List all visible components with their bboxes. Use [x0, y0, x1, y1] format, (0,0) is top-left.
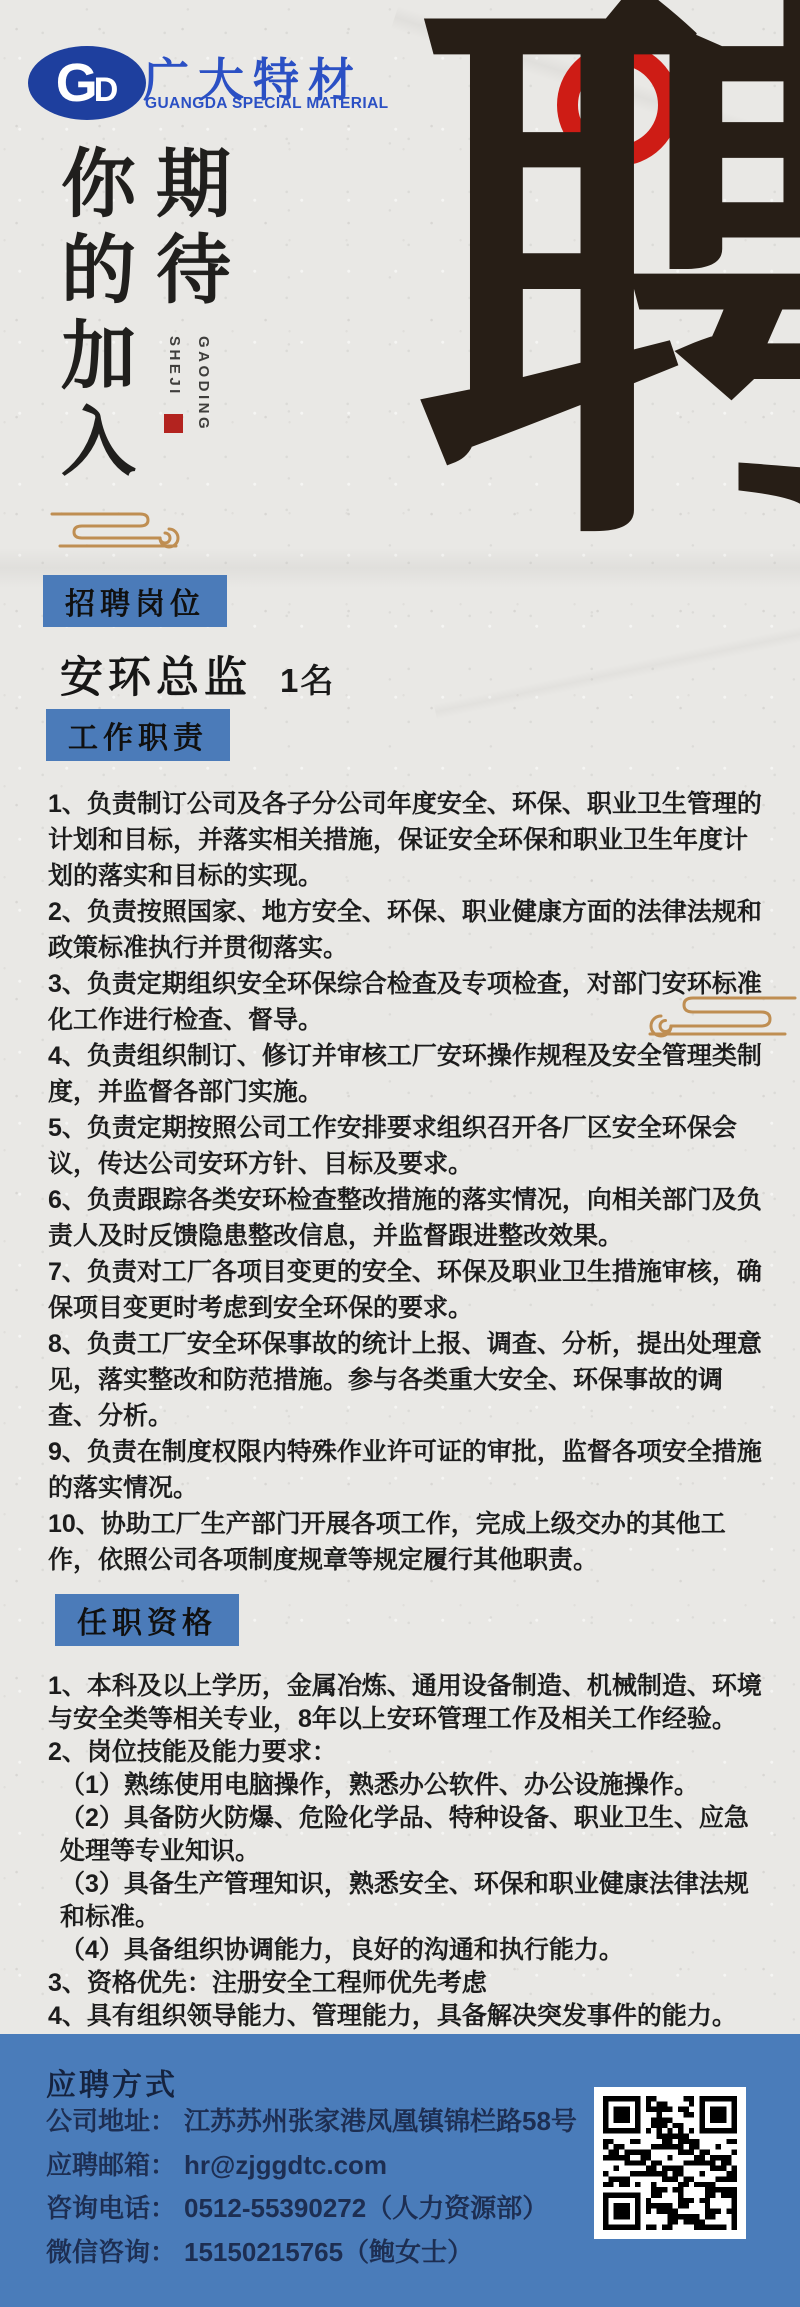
duty-item: 2、负责按照国家、地方安全、环保、职业健康方面的法律法规和政策标准执行并贯彻落实…: [48, 894, 762, 966]
duty-item: 4、负责组织制订、修订并审核工厂安环操作规程及安全管理类制度，并监督各部门实施。: [48, 1038, 762, 1110]
company-name-en: GUANGDA SPECIAL MATERIAL: [145, 95, 389, 113]
qualification-item: 2、岗位技能及能力要求：: [48, 1736, 762, 1769]
contact-rows: 公司地址：江苏苏州张家港凤凰镇锦栏路58号 应聘邮箱：hr@zjggdtc.co…: [46, 2100, 586, 2274]
badge-qualifications: 任职资格: [55, 1594, 239, 1646]
contact-row-wechat: 微信咨询：15150215765（鲍女士）: [46, 2231, 586, 2275]
qualification-item: （3）具备生产管理知识，熟悉安全、环保和职业健康法律法规和标准。: [48, 1868, 762, 1934]
qualification-item: （4）具备组织协调能力，良好的沟通和执行能力。: [48, 1934, 762, 1967]
contact-panel: 应聘方式 公司地址：江苏苏州张家港凤凰镇锦栏路58号 应聘邮箱：hr@zjggd…: [0, 2034, 800, 2307]
qualification-item: 1、本科及以上学历，金属冶炼、通用设备制造、机械制造、环境与安全类等相关专业，8…: [48, 1670, 762, 1736]
qualification-item: （2）具备防火防爆、危险化学品、特种设备、职业卫生、应急处理等专业知识。: [48, 1802, 762, 1868]
qualifications-list: 1、本科及以上学历，金属冶炼、通用设备制造、机械制造、环境与安全类等相关专业，8…: [48, 1670, 762, 2033]
contact-value: 江苏苏州张家港凤凰镇锦栏路58号: [184, 2106, 577, 2136]
contact-row-phone: 咨询电话：0512-55390272（人力资源部）: [46, 2187, 586, 2231]
contact-label: 咨询电话：: [46, 2193, 176, 2223]
duty-item: 5、负责定期按照公司工作安排要求组织召开各厂区安全环保会议，传达公司安环方针、目…: [48, 1110, 762, 1182]
logo-letter-g: G: [56, 56, 96, 110]
logo-letter-d: D: [94, 73, 119, 107]
job-headcount: 1名: [280, 655, 335, 702]
qualification-item: 4、具有组织领导能力、管理能力，具备解决突发事件的能力。: [48, 2000, 762, 2033]
duty-item: 10、协助工厂生产部门开展各项工作，完成上级交办的其他工作，依照公司各项制度规章…: [48, 1506, 762, 1578]
calligraphy-pin-character: 聘: [413, 0, 800, 573]
slogan-expect: 期待: [149, 144, 224, 316]
contact-label: 公司地址：: [46, 2106, 176, 2136]
contact-row-email: 应聘邮箱：hr@zjggdtc.com: [46, 2144, 586, 2188]
red-square-decoration: [164, 414, 183, 433]
contact-value: hr@zjggdtc.com: [184, 2150, 387, 2180]
duties-list: 1、负责制订公司及各子分公司年度安全、环保、职业卫生管理的计划和目标，并落实相关…: [48, 786, 762, 1578]
qualification-item: （1）熟练使用电脑操作，熟悉办公软件、办公设施操作。: [48, 1769, 762, 1802]
contact-row-address: 公司地址：江苏苏州张家港凤凰镇锦栏路58号: [46, 2100, 586, 2144]
contact-value: 0512-55390272（人力资源部）: [184, 2193, 548, 2223]
recruitment-poster: 聘 G D 广大特材 GUANGDA SPECIAL MATERIAL 你的加入…: [0, 0, 800, 2307]
duty-item: 1、负责制订公司及各子分公司年度安全、环保、职业卫生管理的计划和目标，并落实相关…: [48, 786, 762, 894]
slogan-your-joining: 你的加入: [54, 144, 129, 488]
duty-item: 7、负责对工厂各项目变更的安全、环保及职业卫生措施审核，确保项目变更时考虑到安全…: [48, 1254, 762, 1326]
company-logo: G D: [28, 46, 146, 120]
qr-code: [594, 2087, 746, 2239]
duty-item: 6、负责跟踪各类安环检查整改措施的落实情况，向相关部门及负责人及时反馈隐患整改信…: [48, 1182, 762, 1254]
badge-duties: 工作职责: [46, 709, 230, 761]
badge-recruit-position: 招聘岗位: [43, 575, 227, 627]
duty-item: 8、负责工厂安全环保事故的统计上报、调查、分析，提出处理意见，落实整改和防范措施…: [48, 1326, 762, 1434]
duty-item: 9、负责在制度权限内特殊作业许可证的审批，监督各项安全措施的落实情况。: [48, 1434, 762, 1506]
contact-label: 微信咨询：: [46, 2237, 176, 2267]
contact-value: 15150215765（鲍女士）: [184, 2237, 473, 2267]
contact-title: 应聘方式: [46, 2060, 178, 2104]
job-title: 安环总监: [60, 644, 252, 705]
job-title-row: 安环总监 1名: [60, 644, 335, 705]
contact-label: 应聘邮箱：: [46, 2150, 176, 2180]
credit-gaoding: GAODING: [189, 336, 218, 432]
duty-item: 3、负责定期组织安全环保综合检查及专项检查，对部门安环标准化工作进行检查、督导。: [48, 966, 762, 1038]
qualification-item: 3、资格优先：注册安全工程师优先考虑: [48, 1967, 762, 2000]
cloud-scroll-icon: [44, 506, 194, 552]
